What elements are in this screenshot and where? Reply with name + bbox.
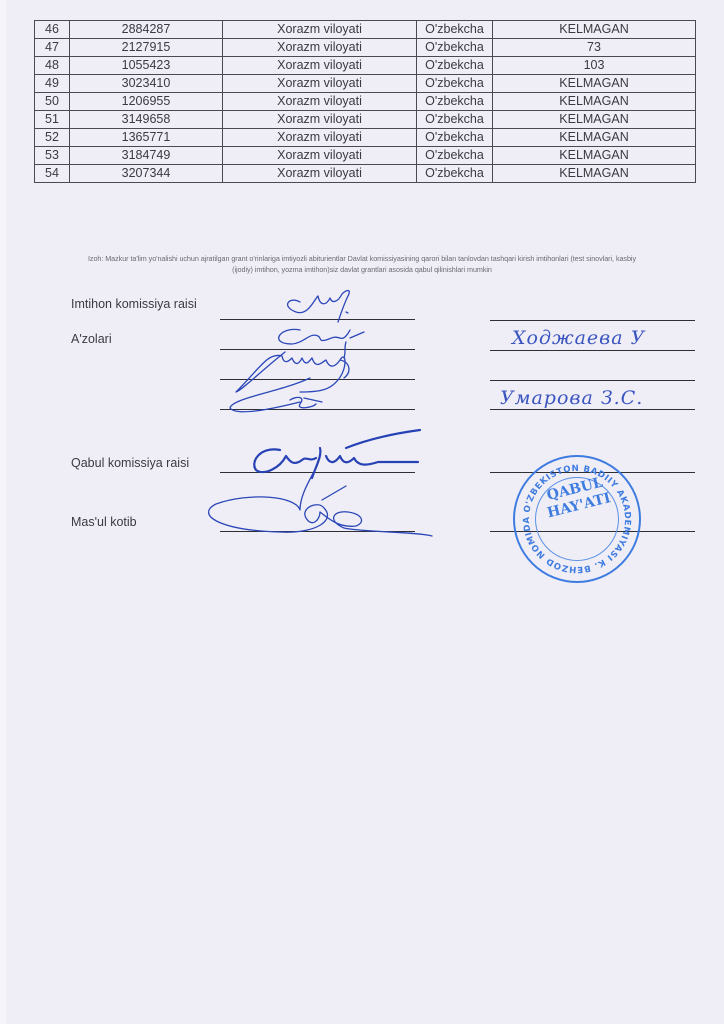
- applicant-id-cell: 1206955: [70, 93, 223, 111]
- row-number-cell: 53: [35, 147, 70, 165]
- note-text: Izoh: Mazkur ta'lim yo'nalishi uchun ajr…: [30, 253, 694, 275]
- row-number-cell: 54: [35, 165, 70, 183]
- signature-admission-chair: [254, 430, 420, 478]
- region-cell: Xorazm viloyati: [223, 165, 417, 183]
- note-line-1: Izoh: Mazkur ta'lim yo'nalishi uchun ajr…: [30, 253, 694, 264]
- handwritten-name-1: Ходжаева У: [512, 327, 645, 349]
- applicant-id-cell: 3207344: [70, 165, 223, 183]
- name-line-member-3: [490, 409, 695, 410]
- table-row: 513149658Xorazm viloyatiO'zbekchaKELMAGA…: [35, 111, 696, 129]
- row-number-cell: 47: [35, 39, 70, 57]
- region-cell: Xorazm viloyati: [223, 21, 417, 39]
- signature-line-member-2: [220, 379, 415, 380]
- note-line-2: (ijodiy) imtihon, yozma imtihon)siz davl…: [30, 264, 694, 275]
- admission-chair-label: Qabul komissiya raisi: [71, 456, 189, 470]
- applicant-id-cell: 3149658: [70, 111, 223, 129]
- language-cell: O'zbekcha: [417, 111, 493, 129]
- row-number-cell: 50: [35, 93, 70, 111]
- secretary-label: Mas'ul kotib: [71, 515, 137, 529]
- result-cell: KELMAGAN: [493, 147, 696, 165]
- language-cell: O'zbekcha: [417, 39, 493, 57]
- name-line-member-1: [490, 350, 695, 351]
- result-cell: KELMAGAN: [493, 129, 696, 147]
- row-number-cell: 51: [35, 111, 70, 129]
- applicant-id-cell: 1055423: [70, 57, 223, 75]
- language-cell: O'zbekcha: [417, 75, 493, 93]
- signature-secretary: [209, 468, 432, 536]
- row-number-cell: 52: [35, 129, 70, 147]
- language-cell: O'zbekcha: [417, 147, 493, 165]
- region-cell: Xorazm viloyati: [223, 75, 417, 93]
- results-table: 462884287Xorazm viloyatiO'zbekchaKELMAGA…: [34, 20, 696, 183]
- language-cell: O'zbekcha: [417, 165, 493, 183]
- signature-line-admission-chair: [220, 472, 415, 473]
- region-cell: Xorazm viloyati: [223, 39, 417, 57]
- region-cell: Xorazm viloyati: [223, 147, 417, 165]
- language-cell: O'zbekcha: [417, 93, 493, 111]
- table-row: 472127915Xorazm viloyatiO'zbekcha73: [35, 39, 696, 57]
- region-cell: Xorazm viloyati: [223, 129, 417, 147]
- result-cell: 73: [493, 39, 696, 57]
- name-line-exam-chair: [490, 320, 695, 321]
- signature-member-3: [230, 378, 322, 412]
- row-number-cell: 49: [35, 75, 70, 93]
- exam-chair-label: Imtihon komissiya raisi: [71, 297, 197, 311]
- signature-line-secretary: [220, 531, 415, 532]
- result-cell: KELMAGAN: [493, 21, 696, 39]
- region-cell: Xorazm viloyati: [223, 93, 417, 111]
- page-edge: [0, 0, 6, 1024]
- row-number-cell: 48: [35, 57, 70, 75]
- table-row: 462884287Xorazm viloyatiO'zbekchaKELMAGA…: [35, 21, 696, 39]
- results-table-body: 462884287Xorazm viloyatiO'zbekchaKELMAGA…: [35, 21, 696, 183]
- signature-line-exam-chair: [220, 319, 415, 320]
- table-row: 481055423Xorazm viloyatiO'zbekcha103: [35, 57, 696, 75]
- region-cell: Xorazm viloyati: [223, 111, 417, 129]
- applicant-id-cell: 3023410: [70, 75, 223, 93]
- result-cell: KELMAGAN: [493, 75, 696, 93]
- applicant-id-cell: 3184749: [70, 147, 223, 165]
- language-cell: O'zbekcha: [417, 57, 493, 75]
- table-row: 501206955Xorazm viloyatiO'zbekchaKELMAGA…: [35, 93, 696, 111]
- members-label: A'zolari: [71, 332, 112, 346]
- signature-line-member-3: [220, 409, 415, 410]
- result-cell: KELMAGAN: [493, 93, 696, 111]
- applicant-id-cell: 2127915: [70, 39, 223, 57]
- admission-committee-stamp: O'ZBEKISTON BADIIY AKADEMIYASI K. BEHZOD…: [513, 455, 641, 583]
- applicant-id-cell: 2884287: [70, 21, 223, 39]
- result-cell: KELMAGAN: [493, 165, 696, 183]
- language-cell: O'zbekcha: [417, 129, 493, 147]
- signature-member-2: [236, 352, 349, 392]
- region-cell: Xorazm viloyati: [223, 57, 417, 75]
- language-cell: O'zbekcha: [417, 21, 493, 39]
- result-cell: 103: [493, 57, 696, 75]
- signature-member-1: [279, 329, 364, 358]
- handwritten-name-2: Умарова З.С.: [500, 387, 643, 409]
- table-row: 493023410Xorazm viloyatiO'zbekchaKELMAGA…: [35, 75, 696, 93]
- result-cell: KELMAGAN: [493, 111, 696, 129]
- row-number-cell: 46: [35, 21, 70, 39]
- signature-exam-chair: [288, 291, 350, 323]
- table-row: 533184749Xorazm viloyatiO'zbekchaKELMAGA…: [35, 147, 696, 165]
- signature-line-member-1: [220, 349, 415, 350]
- applicant-id-cell: 1365771: [70, 129, 223, 147]
- name-line-member-2: [490, 380, 695, 381]
- table-row: 543207344Xorazm viloyatiO'zbekchaKELMAGA…: [35, 165, 696, 183]
- table-row: 521365771Xorazm viloyatiO'zbekchaKELMAGA…: [35, 129, 696, 147]
